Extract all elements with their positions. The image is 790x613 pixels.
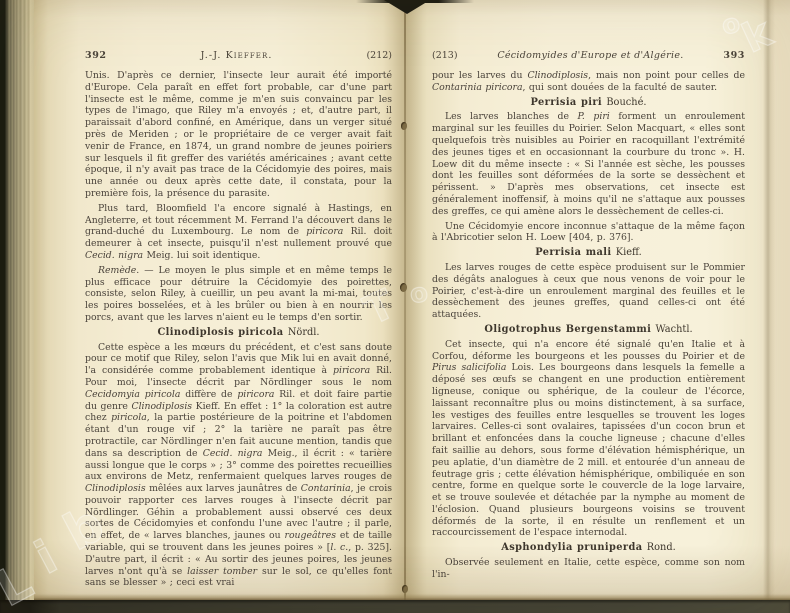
book-scan: 392 J.-J. Kieffer. (212) Unis. D'après c… xyxy=(0,0,790,613)
paragraph: Plus tard, Bloomfield l'a encore signalé… xyxy=(85,203,392,262)
right-page-header: (213) Cécidomyides d'Europe et d'Algérie… xyxy=(432,50,745,61)
right-running-title: Cécidomyides d'Europe et d'Algérie. xyxy=(497,50,683,61)
stitch-thread xyxy=(400,283,407,292)
paragraph: Remède. — Le moyen le plus simple et en … xyxy=(85,265,392,324)
species-heading: Clinodiplosis piricola Nördl. xyxy=(85,327,392,339)
species-heading: Asphondylia pruniperda Rond. xyxy=(432,542,745,554)
left-page-number: 392 xyxy=(85,50,107,61)
gutter-top-notch xyxy=(384,0,430,14)
species-heading: Oligotrophus Bergenstammi Wachtl. xyxy=(432,324,745,336)
paragraph: Les larves rouges de cette espèce produi… xyxy=(432,262,745,321)
species-heading: Perrisia piri Bouché. xyxy=(432,97,745,109)
stitch-thread xyxy=(401,122,407,130)
book-binding-edge xyxy=(0,0,34,613)
species-heading: Perrisia mali Kieff. xyxy=(432,247,745,259)
left-page-body: Unis. D'après ce dernier, l'insecte leur… xyxy=(85,70,392,590)
paragraph: Cette espèce a les mœurs du précédent, e… xyxy=(85,342,392,590)
left-running-title: J.-J. Kieffer. xyxy=(201,50,273,61)
paragraph: Unis. D'après ce dernier, l'insecte leur… xyxy=(85,70,392,200)
book-bottom-edge xyxy=(0,600,790,613)
paragraph: Observée seulement en Italie, cette espè… xyxy=(432,557,745,581)
paragraph: Cet insecte, qui n'a encore été signalé … xyxy=(432,339,745,540)
right-page-body: pour les larves du Clinodiplosis, mais n… xyxy=(432,70,745,584)
right-page-number: 393 xyxy=(723,50,745,61)
stitch-thread xyxy=(402,585,408,593)
paragraph: Une Cécidomyie encore inconnue s'attaque… xyxy=(432,221,745,245)
paragraph: pour les larves du Clinodiplosis, mais n… xyxy=(432,70,745,94)
right-folio-mark: (213) xyxy=(432,50,458,61)
left-page-header: 392 J.-J. Kieffer. (212) xyxy=(85,50,392,61)
left-page: 392 J.-J. Kieffer. (212) Unis. D'après c… xyxy=(34,0,405,600)
right-page: (213) Cécidomyides d'Europe et d'Algérie… xyxy=(405,0,790,600)
paragraph: Les larves blanches de P. piri forment u… xyxy=(432,111,745,217)
left-folio-mark: (212) xyxy=(366,50,392,61)
